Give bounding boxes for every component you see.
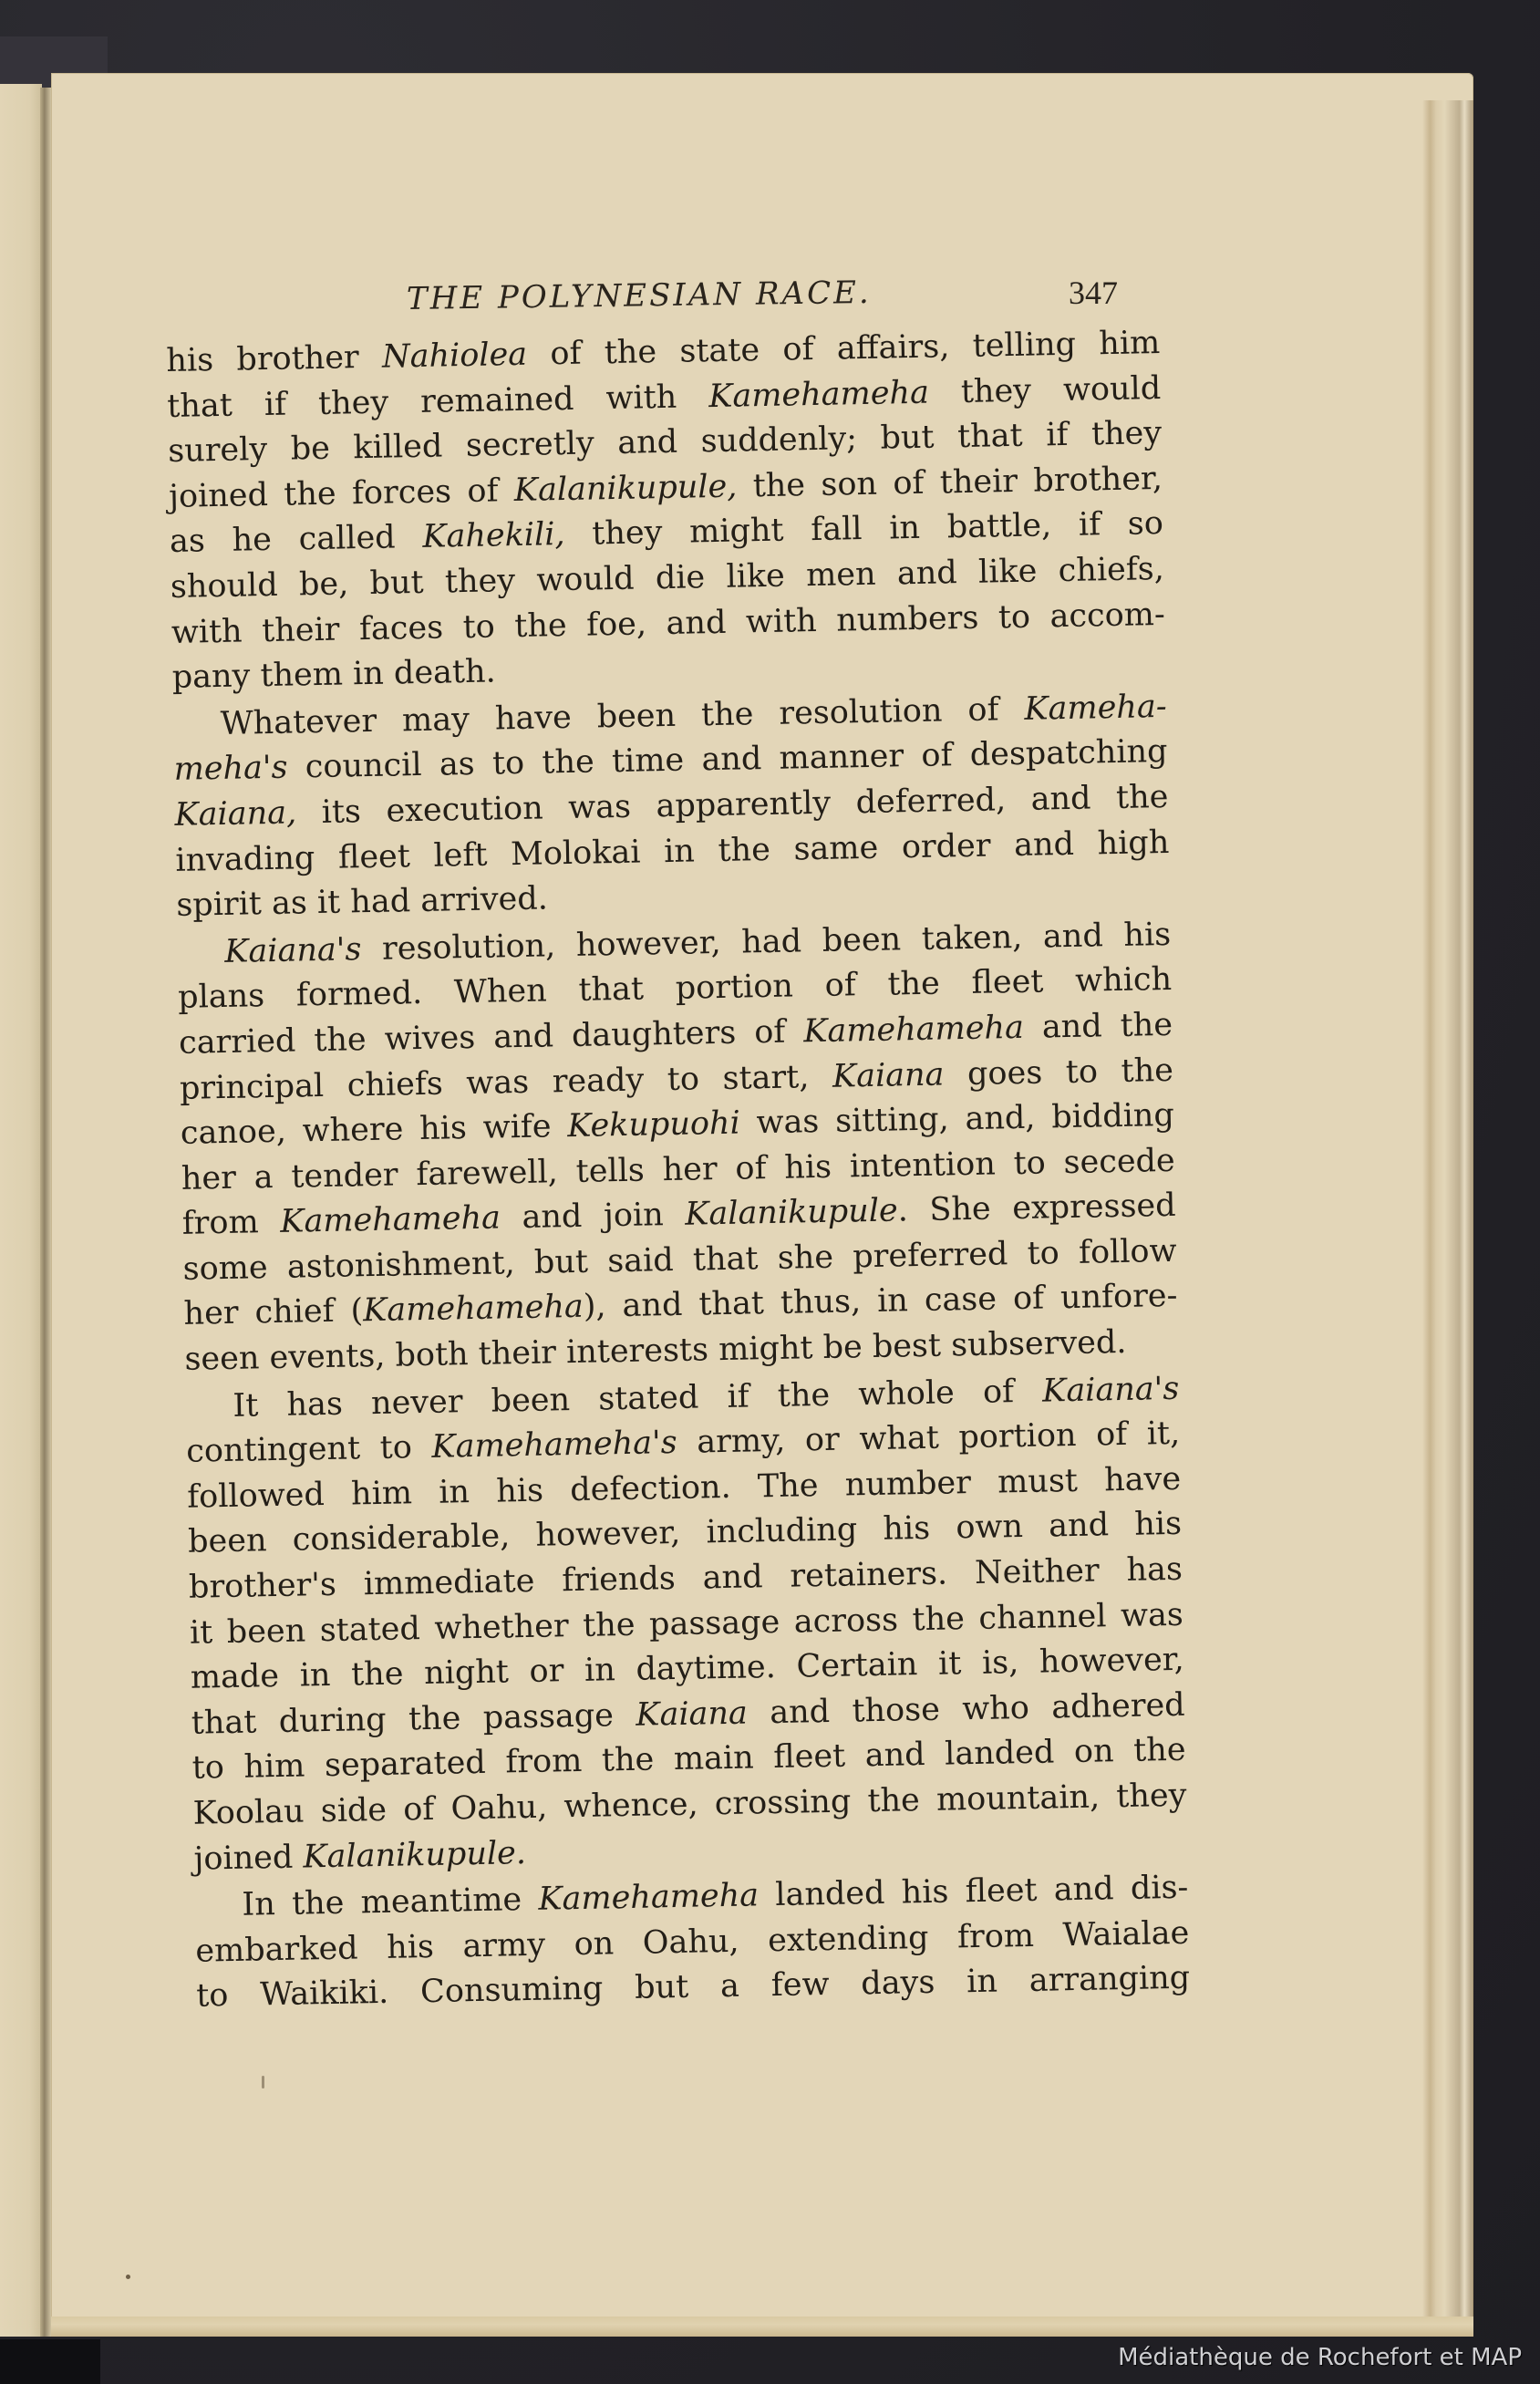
text-run: joined <box>193 1839 304 1877</box>
text-run: and join <box>501 1197 686 1237</box>
text-run: the son of their brother, <box>737 461 1163 505</box>
text-run: his brother <box>166 339 382 379</box>
paragraph: Kaiana's resolution, however, had been t… <box>177 913 1179 1384</box>
italic-name: Kalanikupule. <box>303 1835 526 1875</box>
italic-name: Kaiana, <box>174 794 296 833</box>
italic-name: Kekupuohi <box>567 1105 740 1145</box>
italic-name: Kamehameha <box>708 374 929 414</box>
text-run: joined the forces of <box>169 472 514 515</box>
paragraph: his brother Nahiolea of the state of aff… <box>166 321 1166 701</box>
paragraph: Whatever may have been the resolution of… <box>172 685 1170 929</box>
text-run: goes to the <box>944 1052 1173 1093</box>
text-run: canoe, where his wife <box>181 1108 568 1152</box>
italic-name: Kamehameha <box>803 1010 1024 1050</box>
text-run: was sitting, and, bidding <box>739 1097 1174 1142</box>
italic-name: Kahekili, <box>422 516 565 555</box>
text-run: her chief ( <box>183 1293 363 1333</box>
text-run: that during the passage <box>191 1697 636 1742</box>
text-run: principal chiefs was ready to start, <box>180 1058 833 1106</box>
page-bottom-edge <box>51 2317 1473 2337</box>
book-spine-bottom <box>0 2339 100 2384</box>
running-head: THE POLYNESIAN RACE. <box>407 275 872 317</box>
text-run: contingent to <box>186 1429 432 1470</box>
page-number: 347 <box>1069 274 1118 312</box>
text-run: as he called <box>170 519 423 560</box>
italic-name: Kamehameha <box>538 1878 759 1918</box>
text-run: In the meantime <box>242 1881 539 1923</box>
library-watermark: Médiathèque de Rochefort et MAP <box>1118 2344 1522 2371</box>
text-run: carried the wives and daughters of <box>179 1013 804 1062</box>
text-run: ), and that thus, in case of unfore- <box>583 1278 1177 1325</box>
italic-name: Kalanikupule, <box>513 468 737 508</box>
text-run: army, or what portion of it, <box>677 1415 1180 1461</box>
italic-name: Kamehameha <box>363 1289 584 1329</box>
text-run: they would <box>929 370 1162 411</box>
text-run: of the state of affairs, telling him <box>527 325 1161 373</box>
italic-name: meha's <box>173 750 288 788</box>
italic-name: Kaiana <box>832 1056 945 1094</box>
text-run: landed his fleet and dis- <box>759 1870 1189 1914</box>
text-run: that if they remained with <box>167 378 709 425</box>
italic-name: Kaiana's <box>1042 1370 1180 1409</box>
paragraph: In the meantime Kamehameha landed his fl… <box>194 1866 1191 2020</box>
italic-name: Nahiolea <box>382 337 528 376</box>
paragraph: It has never been stated if the whole of… <box>185 1366 1188 1881</box>
text-run: . She expressed <box>897 1187 1176 1229</box>
text-run: pany them in death. <box>171 654 496 696</box>
italic-name: Kamehameha's <box>431 1425 677 1466</box>
paper-speck <box>126 2275 130 2279</box>
italic-name: Kameha- <box>1024 689 1167 728</box>
paper-speck <box>262 2076 264 2089</box>
book-gutter <box>40 88 51 2337</box>
italic-name: Kamehameha <box>280 1200 501 1240</box>
text-run: spirit as it had arrived. <box>176 881 548 924</box>
previous-page-edge <box>0 84 42 2337</box>
text-run: from <box>181 1204 280 1242</box>
italic-name: Kalanikupule <box>685 1193 898 1233</box>
body-text: his brother Nahiolea of the state of aff… <box>166 321 1191 2020</box>
italic-name: Kaiana <box>636 1695 748 1733</box>
italic-name: Kaiana's <box>224 931 362 970</box>
text-run: and those who adhered <box>747 1687 1185 1732</box>
text-run: they might fall in battle, if so <box>564 505 1163 553</box>
text-run: and the <box>1023 1007 1173 1046</box>
